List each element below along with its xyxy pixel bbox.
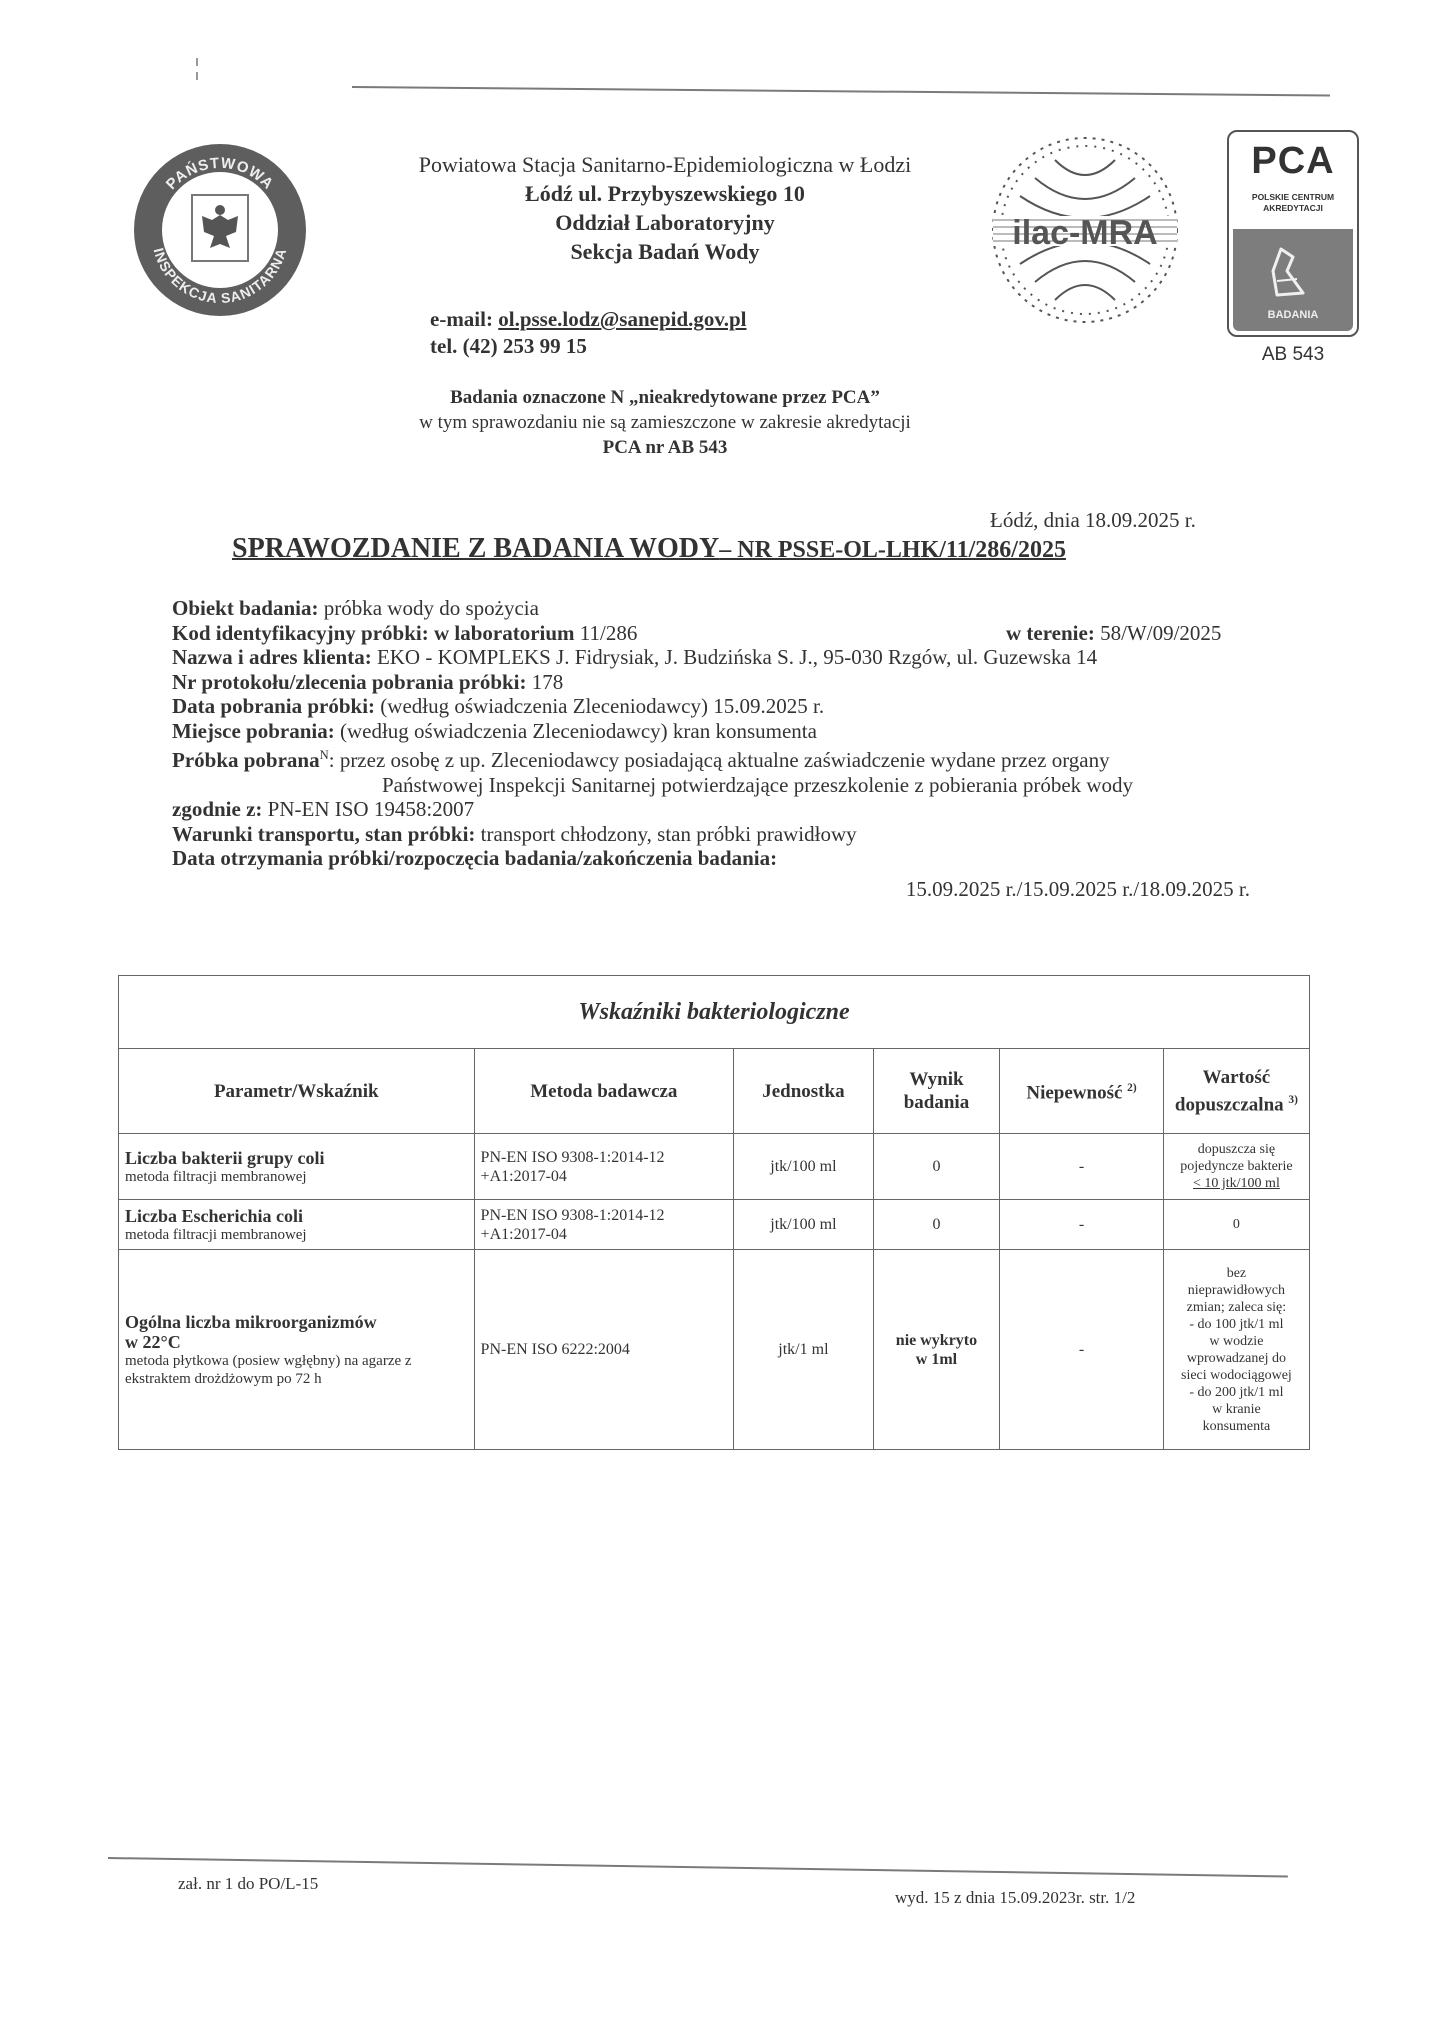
info-row-taken-by-cont: Państwowej Inspekcji Sanitarnej potwierd…	[172, 773, 1352, 798]
row-unit: jtk/1 ml	[734, 1250, 874, 1450]
accreditation-note-line: PCA nr AB 543	[330, 435, 1000, 460]
pca-accreditation-logo: PCA POLSKIE CENTRUM AKREDYTACJI BADANIA	[1227, 130, 1359, 337]
row-method: PN-EN ISO 9308-1:2014-12+A1:2017-04	[474, 1200, 734, 1250]
row-limit: 0	[1163, 1200, 1309, 1250]
accreditation-note-line: Badania oznaczone N „nieakredytowane prz…	[330, 385, 1000, 410]
row-parameter: Ogólna liczba mikroorganizmów w 22°C met…	[119, 1250, 475, 1450]
results-table: Wskaźniki bakteriologiczne Parametr/Wska…	[118, 975, 1310, 1450]
org-section: Sekcja Badań Wody	[330, 237, 1000, 266]
email-link[interactable]: ol.psse.lodz@sanepid.gov.pl	[498, 307, 746, 331]
org-name: Powiatowa Stacja Sanitarno-Epidemiologic…	[330, 150, 1000, 179]
scan-mark	[196, 72, 198, 80]
header-limit: Wartośćdopuszczalna 3)	[1163, 1049, 1309, 1134]
row-method: PN-EN ISO 9308-1:2014-12+A1:2017-04	[474, 1134, 734, 1200]
info-row-taken-by: Próbka pobranaN: przez osobę z up. Zlece…	[172, 743, 1352, 773]
state-sanitary-inspection-seal: PAŃSTWOWA INSPEKCJA SANITARNA	[130, 140, 310, 320]
table-row: Liczba Escherichia coli metoda filtracji…	[119, 1200, 1310, 1250]
header-uncertainty: Niepewność 2)	[1000, 1049, 1164, 1134]
row-limit: bez nieprawidłowych zmian; zaleca się: -…	[1163, 1250, 1309, 1450]
info-row-standard: zgodnie z: PN-EN ISO 19458:2007	[172, 797, 1352, 822]
report-date: Łódź, dnia 18.09.2025 r.	[990, 508, 1196, 533]
report-title: SPRAWOZDANIE Z BADANIA WODY– NR PSSE-OL-…	[232, 533, 1066, 565]
info-row-client: Nazwa i adres klienta: EKO - KOMPLEKS J.…	[172, 645, 1352, 670]
org-department: Oddział Laboratoryjny	[330, 208, 1000, 237]
table-row: Liczba bakterii grupy coli metoda filtra…	[119, 1134, 1310, 1200]
header-unit: Jednostka	[734, 1049, 874, 1134]
row-unit: jtk/100 ml	[734, 1134, 874, 1200]
header-method: Metoda badawcza	[474, 1049, 734, 1134]
contact-info: e-mail: ol.psse.lodz@sanepid.gov.pl tel.…	[430, 306, 747, 360]
report-number: – NR PSSE-OL-LHK/11/286/2025	[719, 537, 1066, 563]
pca-subtitle: POLSKIE CENTRUM AKREDYTACJI	[1229, 192, 1357, 214]
header-result: Wynikbadania	[873, 1049, 1000, 1134]
info-row-dates-value: 15.09.2025 r./15.09.2025 r./18.09.2025 r…	[172, 877, 1352, 902]
row-parameter: Liczba Escherichia coli metoda filtracji…	[119, 1200, 475, 1250]
footer-attachment-ref: zał. nr 1 do PO/L-15	[178, 1874, 318, 1894]
info-row-place: Miejsce pobrania: (według oświadczenia Z…	[172, 719, 1352, 744]
info-row-code: Kod identyfikacyjny próbki: w laboratori…	[172, 621, 1352, 646]
row-uncertainty: -	[1000, 1200, 1164, 1250]
info-row-dates-label: Data otrzymania próbki/rozpoczęcia badan…	[172, 846, 1352, 871]
footer-edition-page: wyd. 15 z dnia 15.09.2023r. str. 1/2	[895, 1888, 1135, 1908]
row-method: PN-EN ISO 6222:2004	[474, 1250, 734, 1450]
row-result: 0	[873, 1134, 1000, 1200]
info-row-transport: Warunki transportu, stan próbki: transpo…	[172, 822, 1352, 847]
pca-badge-label: BADANIA	[1233, 309, 1353, 321]
row-uncertainty: -	[1000, 1250, 1164, 1450]
email-label: e-mail:	[430, 307, 493, 331]
results-table-wrapper: Wskaźniki bakteriologiczne Parametr/Wska…	[118, 975, 1310, 1450]
pca-badge-panel: BADANIA	[1233, 229, 1353, 331]
pca-accreditation-number: AB 543	[1227, 344, 1359, 366]
row-result: nie wykrytow 1ml	[873, 1250, 1000, 1450]
report-title-text: SPRAWOZDANIE Z BADANIA WODY	[232, 533, 719, 564]
pca-title: PCA	[1229, 140, 1357, 183]
info-row-protocol: Nr protokołu/zlecenia pobrania próbki: 1…	[172, 670, 1352, 695]
phone-number: tel. (42) 253 99 15	[430, 333, 747, 360]
header-parameter: Parametr/Wskaźnik	[119, 1049, 475, 1134]
table-caption: Wskaźniki bakteriologiczne	[119, 976, 1310, 1049]
organization-header: Powiatowa Stacja Sanitarno-Epidemiologic…	[330, 150, 1000, 266]
info-row-sample-date: Data pobrania próbki: (według oświadczen…	[172, 694, 1352, 719]
row-parameter: Liczba bakterii grupy coli metoda filtra…	[119, 1134, 475, 1200]
row-uncertainty: -	[1000, 1134, 1164, 1200]
row-result: 0	[873, 1200, 1000, 1250]
sample-info: Obiekt badania: próbka wody do spożycia …	[172, 596, 1352, 901]
row-unit: jtk/100 ml	[734, 1200, 874, 1250]
accreditation-note: Badania oznaczone N „nieakredytowane prz…	[330, 385, 1000, 460]
org-address: Łódź ul. Przybyszewskiego 10	[330, 179, 1000, 208]
flask-icon	[1263, 243, 1323, 303]
info-row-object: Obiekt badania: próbka wody do spożycia	[172, 596, 1352, 621]
top-rule	[352, 86, 1330, 97]
accreditation-note-line: w tym sprawozdaniu nie są zamieszczone w…	[330, 410, 1000, 435]
ilac-logo-text: ilac-MRA	[1012, 214, 1157, 252]
table-header-row: Parametr/Wskaźnik Metoda badawcza Jednos…	[119, 1049, 1310, 1134]
scan-mark	[196, 58, 198, 66]
ilac-mra-logo: ilac-MRA	[985, 130, 1185, 330]
table-row: Ogólna liczba mikroorganizmów w 22°C met…	[119, 1250, 1310, 1450]
row-limit: dopuszcza się pojedyncze bakterie < 10 j…	[1163, 1134, 1309, 1200]
